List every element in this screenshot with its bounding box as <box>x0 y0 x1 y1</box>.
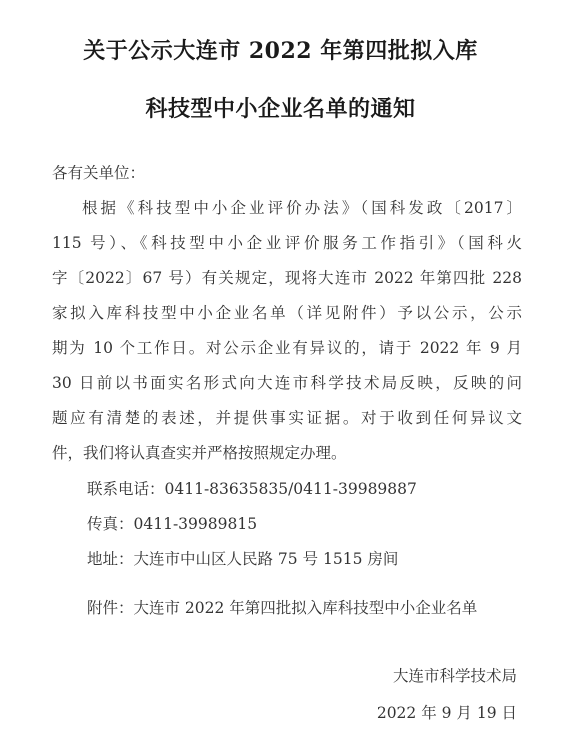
contact-phone: 联系电话：0411-83635835/0411-39989887 <box>87 479 417 499</box>
body-line-5: 期为 10 个工作日。对公示企业有异议的，请于 2022 年 9 月 <box>52 338 522 358</box>
signature-organization: 大连市科学技术局 <box>393 666 517 686</box>
signature-date: 2022 年 9 月 19 日 <box>377 703 517 723</box>
body-line-7: 题应有清楚的表述，并提供事实证据。对于收到任何异议文 <box>52 408 522 428</box>
body-line-3: 字〔2022〕67 号）有关规定，现将大连市 2022 年第四批 228 <box>52 268 522 288</box>
body-line-2: 115 号）、《科技型中小企业评价服务工作指引》（国科火 <box>52 233 522 253</box>
greeting: 各有关单位： <box>52 163 145 183</box>
attachment-reference: 附件：大连市 2022 年第四批拟入库科技型中小企业名单 <box>87 598 477 618</box>
contact-address: 地址：大连市中山区人民路 75 号 1515 房间 <box>87 549 398 569</box>
body-line-4: 家拟入库科技型中小企业名单（详见附件）予以公示，公示 <box>52 303 522 323</box>
body-line-1: 根据《科技型中小企业评价办法》（国科发政〔2017〕 <box>82 198 522 218</box>
body-line-6: 30 日前以书面实名形式向大连市科学技术局反映，反映的问 <box>52 373 522 393</box>
document-title-line-1: 关于公示大连市 2022 年第四批拟入库 <box>0 34 561 65</box>
body-line-8: 件，我们将认真查实并严格按照规定办理。 <box>52 443 347 463</box>
contact-fax: 传真：0411-39989815 <box>87 514 257 534</box>
document-title-line-2: 科技型中小企业名单的通知 <box>0 92 561 123</box>
